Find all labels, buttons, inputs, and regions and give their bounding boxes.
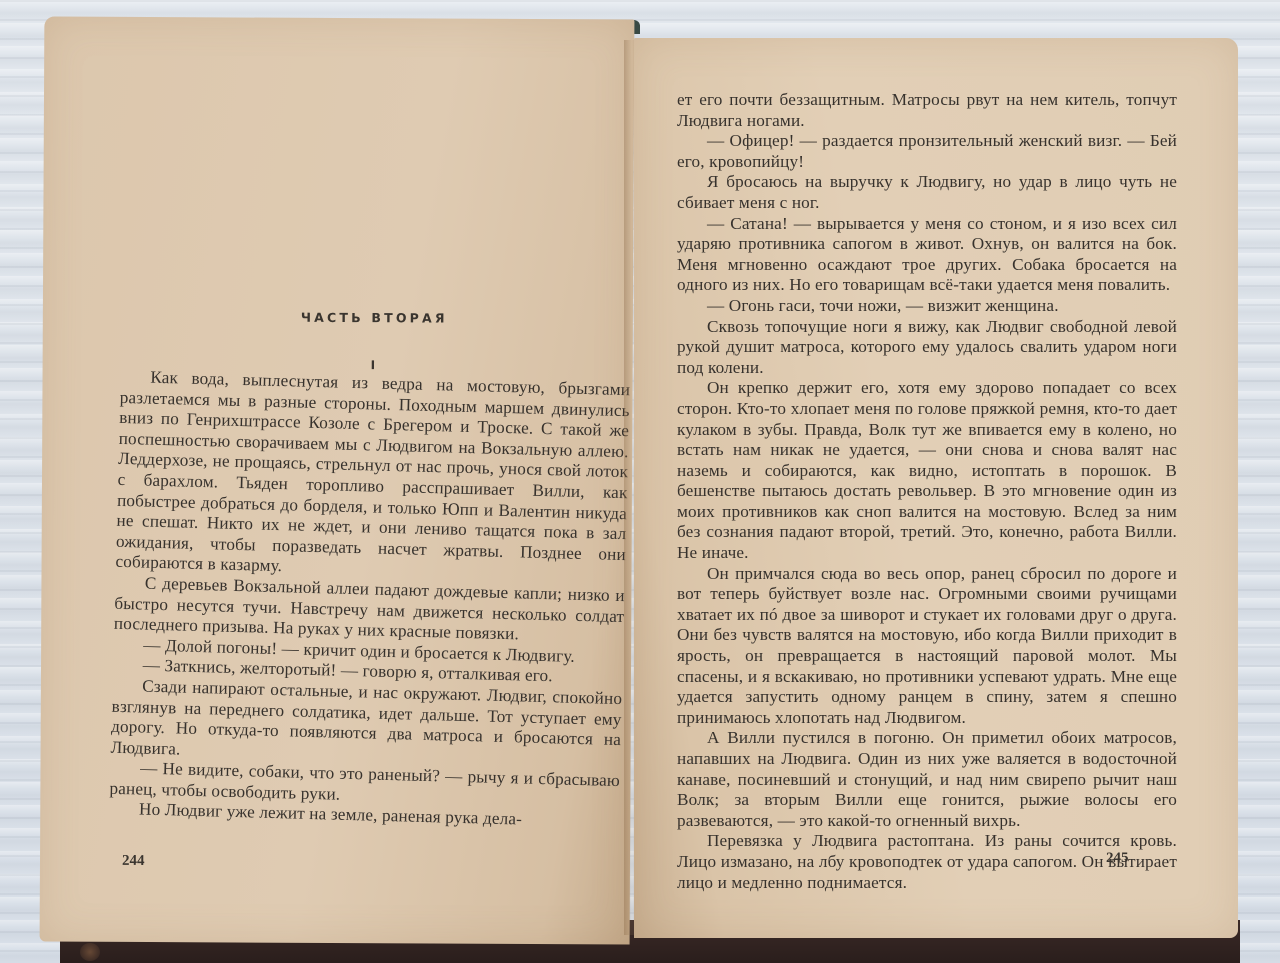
right-page-body: ет его почти беззащитным. Матросы рвут н…	[677, 90, 1177, 893]
paragraph: Он примчался сюда во весь опор, ранец сб…	[677, 564, 1177, 729]
paragraph: ет его почти беззащитным. Матросы рвут н…	[677, 90, 1177, 131]
paragraph: Сзади напирают остальные, и нас окружают…	[110, 676, 622, 772]
paragraph: — Огонь гаси, точи ножи, — визжит женщин…	[677, 296, 1177, 317]
right-page: ет его почти беззащитным. Матросы рвут н…	[634, 38, 1238, 938]
paper-stain	[80, 943, 100, 961]
left-page-body: Как вода, выплеснутая из ведра на мостов…	[109, 367, 631, 833]
paragraph: Он крепко держит его, хотя ему здорово п…	[677, 378, 1177, 563]
paragraph: Сквозь топочущие ноги я вижу, как Людвиг…	[677, 317, 1177, 379]
part-title: ЧАСТЬ ВТОРАЯ	[301, 310, 448, 326]
paragraph: Я бросаюсь на выручку к Людвигу, но удар…	[677, 172, 1177, 213]
paragraph: Как вода, выплеснутая из ведра на мостов…	[115, 367, 630, 586]
paragraph: — Сатана! — вырывается у меня со стоном,…	[677, 214, 1177, 296]
page-number-left: 244	[122, 853, 145, 870]
paragraph: — Офицер! — раздается пронзительный женс…	[677, 131, 1177, 172]
paragraph: А Вилли пустился в погоню. Он приметил о…	[677, 728, 1177, 831]
left-page: ЧАСТЬ ВТОРАЯ I Как вода, выплеснутая из …	[40, 16, 635, 944]
paragraph: Перевязка у Людвига растоптана. Из раны …	[677, 831, 1177, 893]
chapter-number: I	[371, 358, 376, 372]
page-number-right: 245	[1106, 850, 1129, 867]
